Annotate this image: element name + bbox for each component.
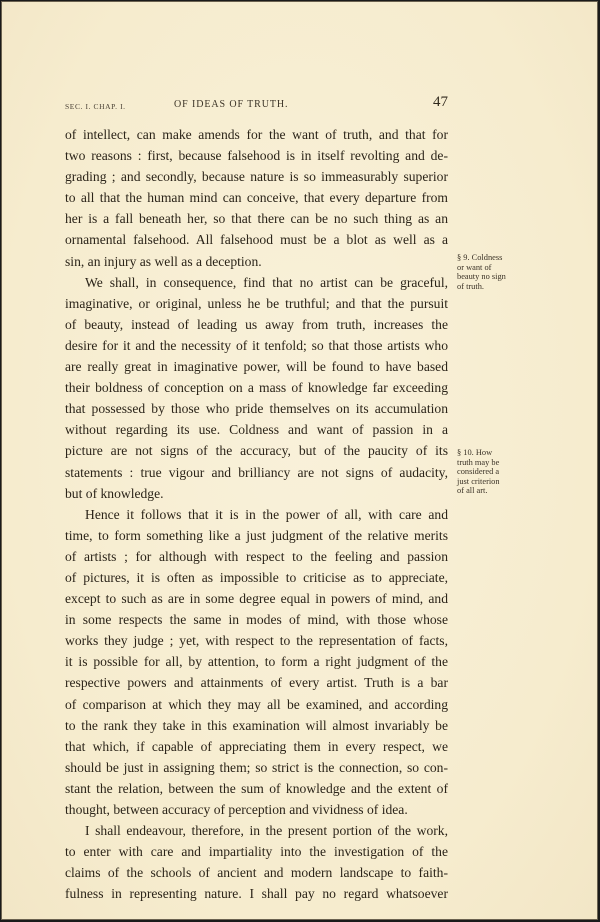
- running-head: SEC. I. CHAP. I. OF IDEAS OF TRUTH. 47: [65, 95, 446, 115]
- text-line: thought, between accuracy of perception …: [65, 799, 448, 820]
- text-line: of comparison at which they may all be e…: [65, 694, 448, 715]
- text-line: that possessed by those who pride themse…: [65, 398, 448, 419]
- text-line: stant the relation, between the sum of k…: [65, 778, 448, 799]
- text-line: fulness in representing nature. I shall …: [65, 883, 448, 904]
- text-line: time, to form something like a just judg…: [65, 525, 448, 546]
- page-number: 47: [433, 94, 448, 111]
- text-line: Hence it follows that it is in the power…: [65, 504, 448, 525]
- margin-note-line: truth may be: [457, 458, 532, 468]
- text-line: imaginative, or original, unless he be t…: [65, 293, 448, 314]
- text-line: that which, if capable of appreciating t…: [65, 736, 448, 757]
- text-line: to the rank they take in this examinatio…: [65, 715, 448, 736]
- text-line: their boldness of conception on a mass o…: [65, 377, 448, 398]
- text-line: statements : true vigour and brilliancy …: [65, 462, 448, 483]
- text-line: of beauty, instead of leading us away fr…: [65, 314, 448, 335]
- margin-note-line: § 9. Coldness: [457, 253, 532, 263]
- section-chapter-label: SEC. I. CHAP. I.: [65, 102, 126, 111]
- text-line: without regarding its use. Coldness and …: [65, 419, 448, 440]
- margin-note-line: § 10. How: [457, 448, 532, 458]
- margin-note-line: beauty no sign: [457, 272, 532, 282]
- text-line: to all that the human mind can conceive,…: [65, 187, 448, 208]
- text-line: of artists ; for although with respect t…: [65, 546, 448, 567]
- margin-note-line: or want of: [457, 263, 532, 273]
- text-line: ornamental falsehood. All falsehood must…: [65, 229, 448, 250]
- text-line: two reasons : first, because falsehood i…: [65, 145, 448, 166]
- text-line: sin, an injury as well as a deception.: [65, 251, 448, 272]
- text-line: it is possible for all, by attention, to…: [65, 651, 448, 672]
- margin-note-section-9: § 9. Coldnessor want ofbeauty no signof …: [457, 253, 532, 291]
- margin-note-line: just criterion: [457, 477, 532, 487]
- margin-note-line: of all art.: [457, 486, 532, 496]
- text-line: respective powers and attainments of eve…: [65, 672, 448, 693]
- text-line: picture are not signs of the accuracy, b…: [65, 440, 448, 461]
- text-line: should be just in assigning them; so str…: [65, 757, 448, 778]
- chapter-title: OF IDEAS OF TRUTH.: [174, 99, 288, 110]
- text-line: We shall, in consequence, find that no a…: [65, 272, 448, 293]
- text-line: but of knowledge.: [65, 483, 448, 504]
- text-line: of intellect, can make amends for the wa…: [65, 124, 448, 145]
- body-text: of intellect, can make amends for the wa…: [65, 124, 448, 904]
- text-line: of pictures, it is often as impossible t…: [65, 567, 448, 588]
- text-line: are really great in imaginative power, w…: [65, 356, 448, 377]
- text-line: to enter with care and impartiality into…: [65, 841, 448, 862]
- margin-note-line: of truth.: [457, 282, 532, 292]
- text-line: claims of the schools of ancient and mod…: [65, 862, 448, 883]
- text-line: except to such as are in some degree equ…: [65, 588, 448, 609]
- text-line: in some respects the same in modes of mi…: [65, 609, 448, 630]
- text-line: works they judge ; yet, with respect to …: [65, 630, 448, 651]
- margin-note-section-10: § 10. Howtruth may beconsidered ajust cr…: [457, 448, 532, 496]
- text-line: grading ; and secondly, because nature i…: [65, 166, 448, 187]
- margin-note-line: considered a: [457, 467, 532, 477]
- book-page: SEC. I. CHAP. I. OF IDEAS OF TRUTH. 47 o…: [1, 1, 598, 920]
- text-line: I shall endeavour, therefore, in the pre…: [65, 820, 448, 841]
- text-line: her is a fall beneath her, so that there…: [65, 208, 448, 229]
- text-line: desire for it and the necessity of it te…: [65, 335, 448, 356]
